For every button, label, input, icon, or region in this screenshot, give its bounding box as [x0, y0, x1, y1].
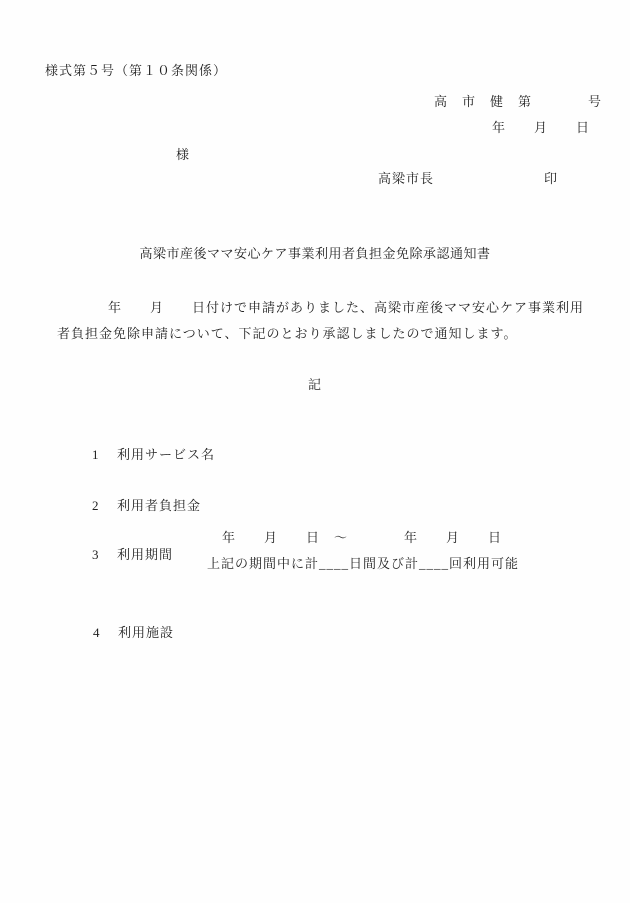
- item-3-note: 上記の期間中に計____日間及び計____回利用可能: [207, 556, 519, 573]
- body-paragraph-line-2: 者負担金免除申請について、下記のとおり承認しましたので通知します。: [57, 326, 517, 343]
- item-1-number: 1: [92, 447, 117, 464]
- item-2-number: 2: [92, 498, 117, 515]
- item-4-row: 4利用施設: [76, 608, 174, 659]
- sender-name: 高梁市長: [378, 171, 434, 188]
- item-2-row: 2利用者負担金: [75, 481, 201, 532]
- document-page: 様式第５号（第１０条関係） 高 市 健 第 号 年 月 日 様 高梁市長 印 高…: [0, 0, 630, 903]
- addressee-line: 様: [176, 147, 190, 164]
- item-4-number: 4: [93, 625, 118, 642]
- document-title: 高梁市産後ママ安心ケア事業利用者負担金免除承認通知書: [0, 246, 630, 263]
- body-paragraph-line-1: 年 月 日付けで申請がありました、高梁市産後ママ安心ケア事業利用: [108, 300, 584, 317]
- item-4-label: 利用施設: [118, 625, 174, 640]
- item-3-label: 利用期間: [117, 547, 173, 562]
- record-marker: 記: [0, 377, 630, 394]
- item-3-period: 年 月 日 〜 年 月 日: [222, 530, 502, 547]
- item-3-number: 3: [92, 547, 117, 564]
- form-number-line: 様式第５号（第１０条関係）: [45, 63, 227, 80]
- item-2-label: 利用者負担金: [117, 498, 201, 513]
- item-1-label: 利用サービス名: [117, 447, 215, 462]
- doc-number-line: 高 市 健 第 号: [434, 94, 602, 111]
- date-line: 年 月 日: [492, 120, 590, 137]
- sender-line: 高梁市長 印: [378, 171, 558, 188]
- seal-placeholder: 印: [544, 171, 558, 188]
- item-1-row: 1利用サービス名: [75, 430, 215, 481]
